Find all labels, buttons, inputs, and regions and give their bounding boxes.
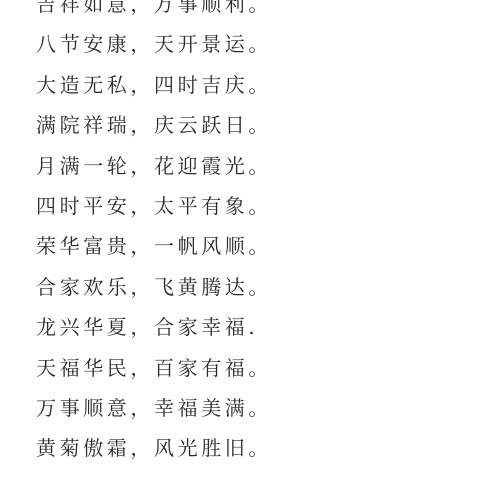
blessing-lines-list: 吉祥如意，万事顺利。 八节安康，天开景运。 大造无私，四时吉庆。 满院祥瑞，庆云… (36, 0, 272, 469)
text-line: 合家欢乐，飞黄腾达。 (36, 267, 272, 307)
text-line: 天福华民，百家有福。 (36, 348, 272, 388)
text-line: 满院祥瑞，庆云跃日。 (36, 105, 272, 145)
text-line: 吉祥如意，万事顺利。 (36, 0, 272, 24)
text-line: 黄菊傲霜，风光胜旧。 (36, 428, 272, 468)
document-page: 吉祥如意，万事顺利。 八节安康，天开景运。 大造无私，四时吉庆。 满院祥瑞，庆云… (0, 0, 477, 477)
text-line: 八节安康，天开景运。 (36, 24, 272, 64)
text-line: 万事顺意，幸福美满。 (36, 388, 272, 428)
text-line: 龙兴华夏，合家幸福. (36, 307, 272, 347)
text-line: 四时平安，太平有象。 (36, 186, 272, 226)
text-line: 月满一轮，花迎霞光。 (36, 146, 272, 186)
text-line: 荣华富贵，一帆风顺。 (36, 226, 272, 266)
text-line: 大造无私，四时吉庆。 (36, 65, 272, 105)
